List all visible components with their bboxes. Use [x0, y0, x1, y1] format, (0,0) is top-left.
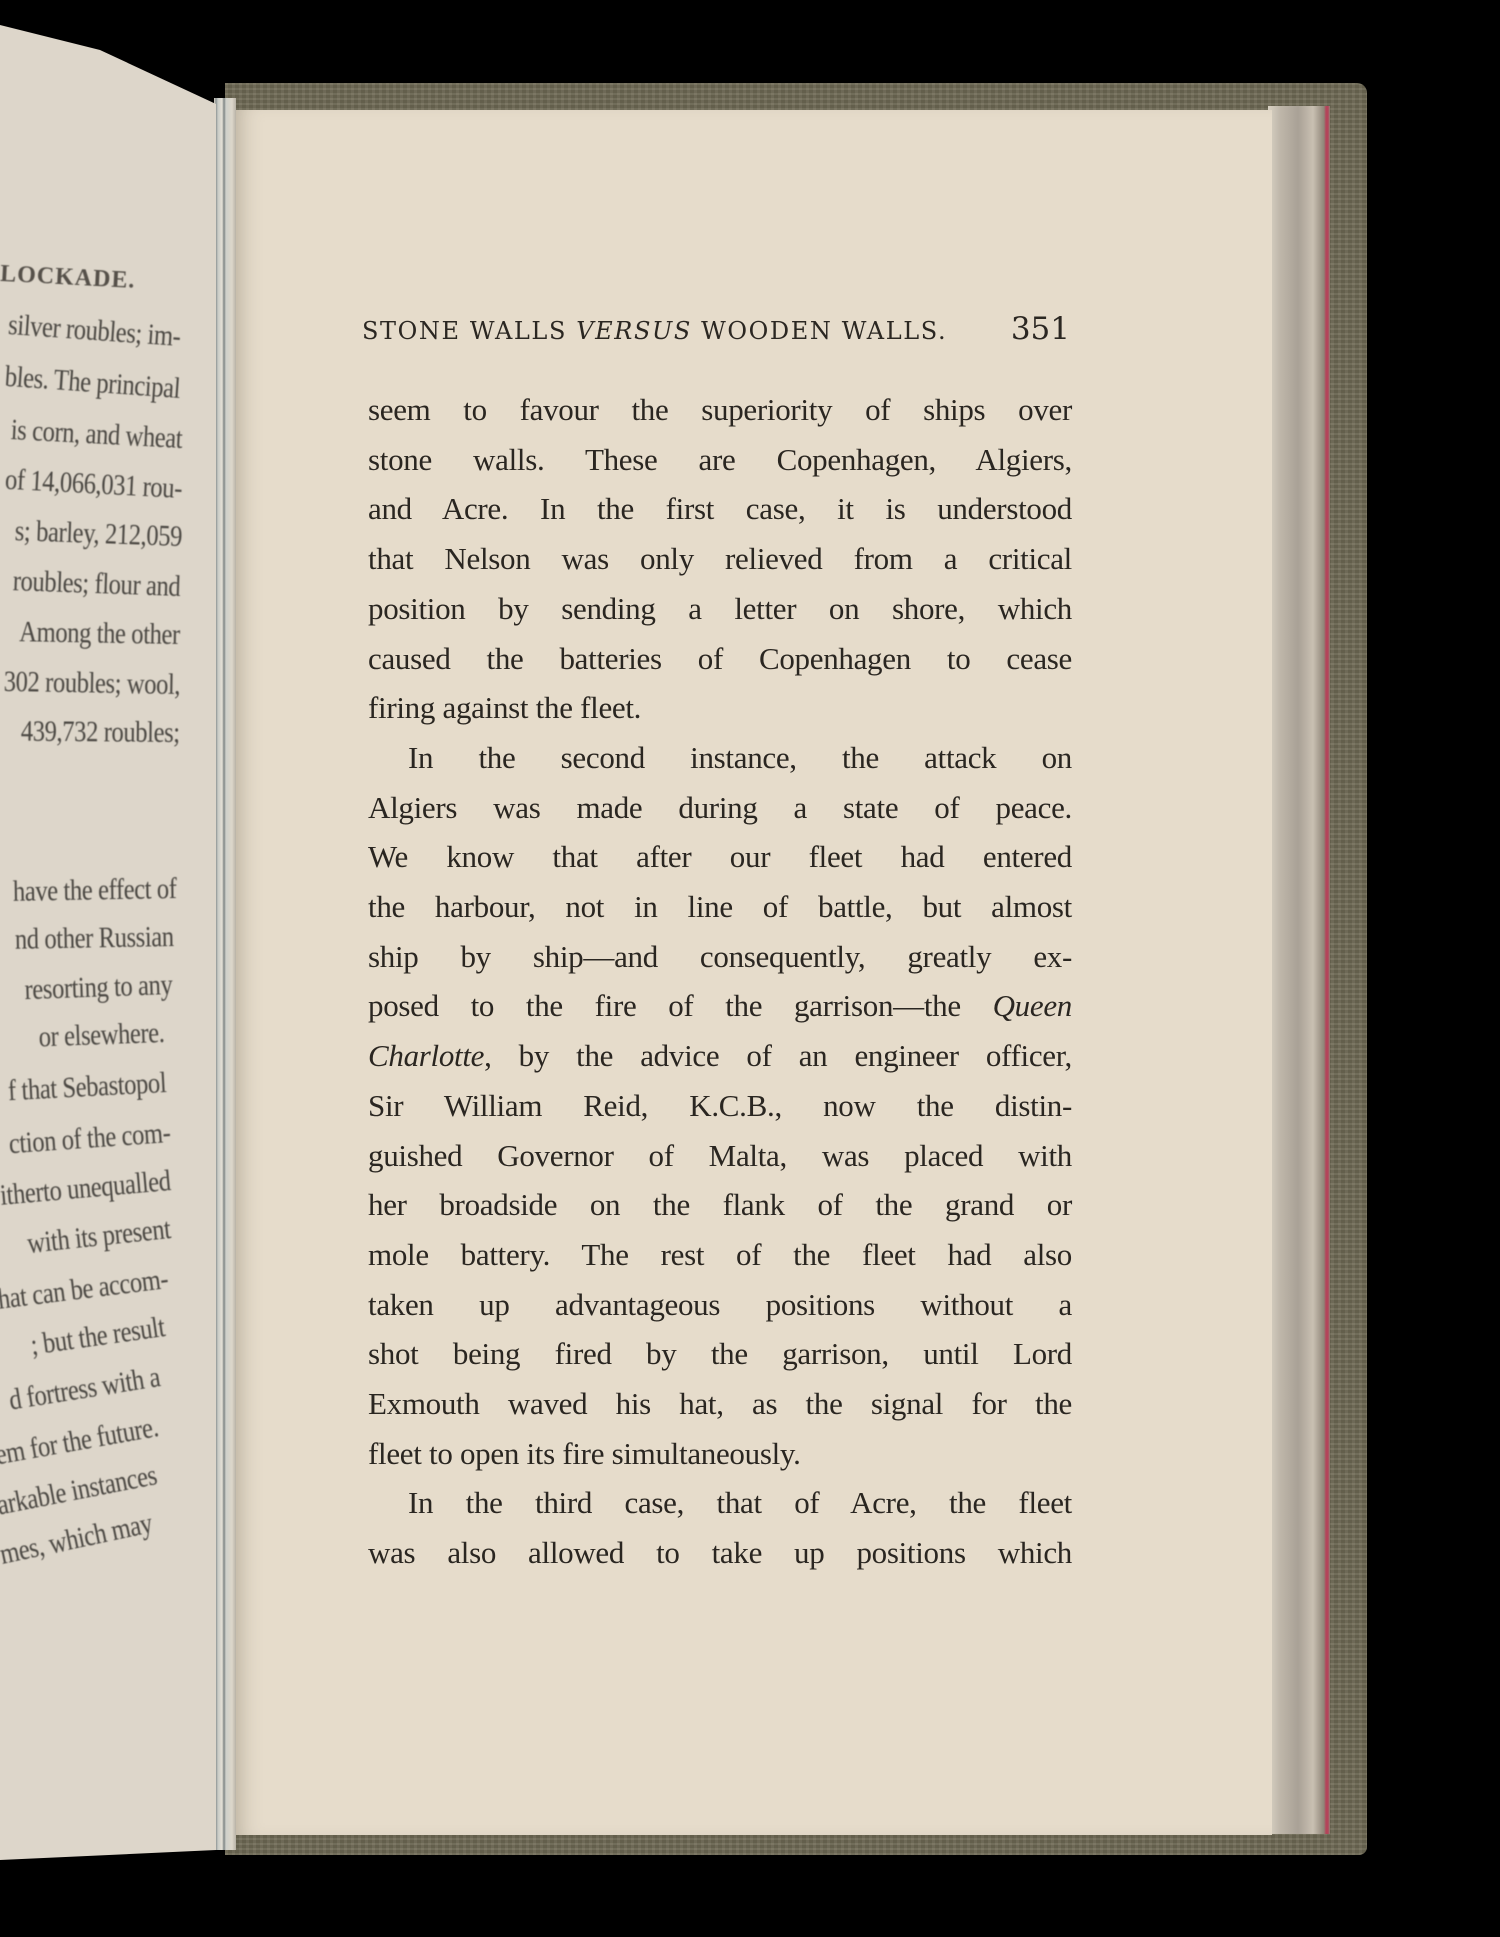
- left-text-line: nd other Russian: [15, 920, 174, 957]
- left-text-line: ; but the result: [28, 1310, 166, 1362]
- book-gutter: [214, 98, 236, 1850]
- text-line: In the second instance, the attack on: [408, 738, 1072, 778]
- left-text-line: Among the other: [19, 615, 180, 652]
- text-line: seem to favour the superiority of ships …: [368, 390, 1072, 430]
- text-line: posed to the fire of the garrison—the Qu…: [368, 986, 1072, 1026]
- page-block-edges: [1268, 106, 1330, 1834]
- left-running-head: LOCKADE.: [0, 261, 136, 295]
- left-text-line: roubles; flour and: [12, 564, 181, 604]
- text-line: position by sending a letter on shore, w…: [368, 589, 1072, 629]
- left-page: LOCKADE.silver roubles; im-bles. The pri…: [0, 0, 216, 1860]
- text-line: shot being fired by the garrison, until …: [368, 1334, 1072, 1374]
- left-text-line: is corn, and wheat: [10, 413, 183, 456]
- left-text-line: bles. The principal: [4, 360, 181, 406]
- text-line: fleet to open its fire simultaneously.: [368, 1434, 1072, 1474]
- text-line: firing against the fleet.: [368, 688, 1072, 728]
- text-line: Algiers was made during a state of peace…: [368, 788, 1072, 828]
- left-text-line: with its present: [25, 1212, 172, 1261]
- text-line: stone walls. These are Copenhagen, Algie…: [368, 440, 1072, 480]
- text-line: ship by ship—and consequently, greatly e…: [368, 937, 1072, 977]
- left-text-line: 302 roubles; wool,: [3, 665, 180, 702]
- text-line: Exmouth waved his hat, as the signal for…: [368, 1384, 1072, 1424]
- left-text-line: silver roubles; im-: [7, 308, 182, 354]
- left-text-line: resorting to any: [24, 968, 173, 1007]
- left-text-line: 439,732 roubles;: [21, 715, 180, 750]
- text-line: her broadside on the flank of the grand …: [368, 1185, 1072, 1225]
- left-text-line: of 14,066,031 rou-: [4, 463, 183, 506]
- running-head: STONE WALLS VERSUS WOODEN WALLS. 351: [362, 311, 1070, 345]
- text-line: guished Governor of Malta, was placed wi…: [368, 1136, 1072, 1176]
- left-text-line: ction of the com-: [7, 1116, 171, 1161]
- italic-text: Charlotte: [368, 1038, 484, 1073]
- italic-text: Queen: [993, 988, 1072, 1023]
- page-number: 351: [1011, 311, 1070, 347]
- left-text-line: have the effect of: [12, 872, 176, 909]
- left-text-line: f that Sebastopol: [7, 1066, 167, 1108]
- left-text-line: d fortress with a: [7, 1360, 163, 1417]
- text-line: In the third case, that of Acre, the fle…: [408, 1483, 1072, 1523]
- left-text-line: itherto unequalled: [0, 1164, 171, 1213]
- text-line: that Nelson was only relieved from a cri…: [368, 539, 1072, 579]
- text-line: and Acre. In the first case, it is under…: [368, 489, 1072, 529]
- text-line: mole battery. The rest of the fleet had …: [368, 1235, 1072, 1275]
- left-text-line: hat can be accom-: [0, 1262, 170, 1317]
- text-line: was also allowed to take up positions wh…: [368, 1533, 1072, 1573]
- running-head-title: STONE WALLS VERSUS WOODEN WALLS.: [362, 317, 947, 345]
- left-text-line: s; barley, 212,059: [14, 514, 182, 554]
- left-text-line: or elsewhere.: [38, 1016, 165, 1054]
- text-line: We know that after our fleet had entered: [368, 837, 1072, 877]
- text-line: caused the batteries of Copenhagen to ce…: [368, 639, 1072, 679]
- text-line: taken up advantageous positions without …: [368, 1285, 1072, 1325]
- text-line: Charlotte, by the advice of an engineer …: [368, 1036, 1072, 1076]
- text-line: the harbour, not in line of battle, but …: [368, 887, 1072, 927]
- text-line: Sir William Reid, K.C.B., now the distin…: [368, 1086, 1072, 1126]
